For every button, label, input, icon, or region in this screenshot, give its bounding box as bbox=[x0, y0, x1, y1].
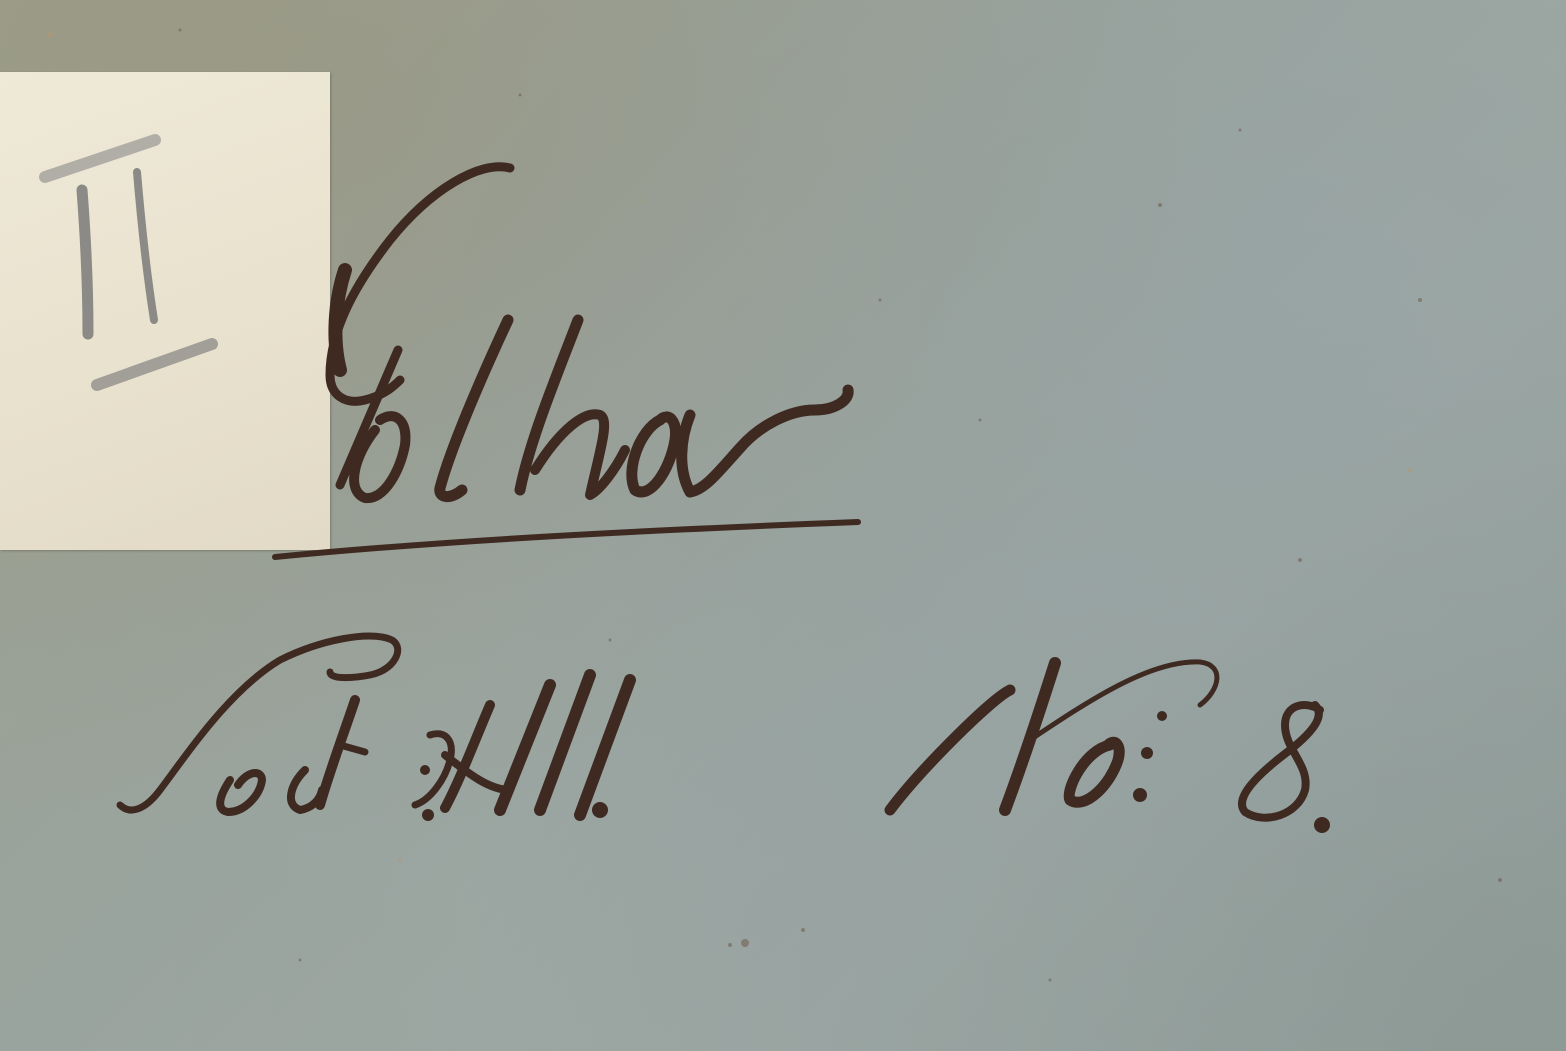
section-number-handwriting bbox=[415, 675, 630, 818]
file-number-handwriting bbox=[890, 662, 1330, 833]
handwritten-ink bbox=[0, 0, 1566, 1051]
title-gollnow-handwriting bbox=[275, 167, 858, 557]
section-label-handwriting bbox=[120, 636, 434, 821]
